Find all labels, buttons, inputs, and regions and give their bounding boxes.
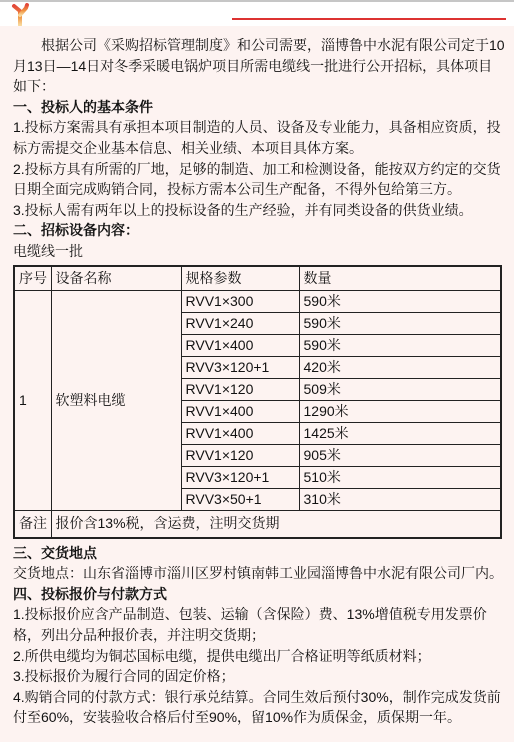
section-1-item: 3.投标人需有两年以上的投标设备的生产经验，并有同类设备的供货业绩。 (13, 200, 506, 221)
col-header-spec: 规格参数 (181, 266, 299, 291)
note-label-cell: 备注 (14, 511, 51, 538)
header-red-divider (232, 18, 506, 20)
section-4-item: 4.购销合同的付款方式：银行承兑结算。合同生效后预付30%，制作完成发货前付至6… (13, 687, 506, 728)
spec-cell: RVV1×400 (181, 401, 299, 423)
equipment-table: 序号 设备名称 规格参数 数量 1 软塑料电缆 RVV1×300 590米 RV… (13, 265, 502, 539)
section-1-item: 2.投标方具有所需的厂地，足够的制造、加工和检测设备，能按双方约定的交货日期全面… (13, 159, 506, 200)
section-1-title: 一、投标人的基本条件 (13, 97, 506, 118)
col-header-index: 序号 (14, 266, 51, 291)
spec-cell: RVV1×240 (181, 313, 299, 335)
qty-cell: 510米 (299, 467, 501, 489)
qty-cell: 590米 (299, 291, 501, 313)
section-2-title: 二、招标设备内容： (13, 220, 506, 241)
table-header-row: 序号 设备名称 规格参数 数量 (14, 266, 501, 291)
col-header-device: 设备名称 (51, 266, 181, 291)
col-header-qty: 数量 (299, 266, 501, 291)
notice-page: 根据公司《采购招标管理制度》和公司需要，淄博鲁中水泥有限公司定于10月13日—1… (0, 0, 514, 742)
table-note-row: 备注 报价含13%税，含运费，注明交货期 (14, 511, 501, 538)
qty-cell: 905米 (299, 445, 501, 467)
table-row: 1 软塑料电缆 RVV1×300 590米 (14, 291, 501, 313)
qty-cell: 1290米 (299, 401, 501, 423)
sprout-logo-icon (8, 3, 34, 26)
spec-cell: RVV3×120+1 (181, 467, 299, 489)
qty-cell: 1425米 (299, 423, 501, 445)
section-4-item: 2.所供电缆均为铜芯国标电缆，提供电缆出厂合格证明等纸质材料； (13, 646, 506, 667)
section-3-item: 交货地点：山东省淄博市淄川区罗村镇南韩工业园淄博鲁中水泥有限公司厂内。 (13, 563, 506, 584)
spec-cell: RVV1×400 (181, 423, 299, 445)
spec-cell: RVV3×50+1 (181, 489, 299, 511)
spec-cell: RVV1×120 (181, 379, 299, 401)
notice-body: 根据公司《采购招标管理制度》和公司需要，淄博鲁中水泥有限公司定于10月13日—1… (0, 26, 514, 742)
qty-cell: 310米 (299, 489, 501, 511)
note-text-cell: 报价含13%税，含运费，注明交货期 (51, 511, 501, 538)
section-4-item: 3.投标报价为履行合同的固定价格； (13, 666, 506, 687)
row-number-cell: 1 (14, 291, 51, 511)
qty-cell: 420米 (299, 357, 501, 379)
section-4-title: 四、投标报价与付款方式 (13, 584, 506, 605)
qty-cell: 590米 (299, 313, 501, 335)
page-header (0, 2, 514, 26)
table-subtitle: 电缆线一批 (13, 241, 506, 262)
section-1-item: 1.投标方案需具有承担本项目制造的人员、设备及专业能力，具备相应资质，投标方需提… (13, 117, 506, 158)
device-name-cell: 软塑料电缆 (51, 291, 181, 511)
spec-cell: RVV3×120+1 (181, 357, 299, 379)
qty-cell: 509米 (299, 379, 501, 401)
section-3-title: 三、交货地点 (13, 543, 506, 564)
section-4-item: 1.投标报价应含产品制造、包装、运输（含保险）费、13%增值税专用发票价格，列出… (13, 604, 506, 645)
spec-cell: RVV1×300 (181, 291, 299, 313)
spec-cell: RVV1×120 (181, 445, 299, 467)
intro-paragraph: 根据公司《采购招标管理制度》和公司需要，淄博鲁中水泥有限公司定于10月13日—1… (13, 35, 506, 97)
spec-cell: RVV1×400 (181, 335, 299, 357)
qty-cell: 590米 (299, 335, 501, 357)
